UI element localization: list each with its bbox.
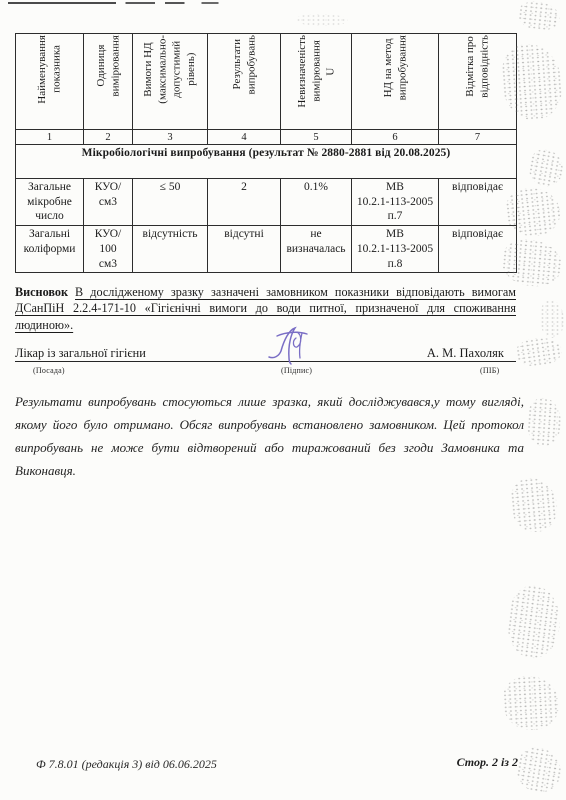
signature-line: Лікар із загальної гігієни А. М. Пахоляк	[15, 338, 516, 362]
table-section-title: Мікробіологічні випробування (результат …	[16, 145, 517, 179]
cell-indicator: Загальне мікробне число	[16, 179, 84, 226]
scanned-document-page: Найменування показника Одиниця вимірюван…	[0, 0, 566, 800]
section-title-row: Мікробіологічні випробування (результат …	[16, 145, 517, 179]
name-caption: (ПІБ)	[480, 366, 499, 375]
col-header-uncertainty: Невизначеність вимірювання U	[295, 35, 338, 108]
table-header-row: Найменування показника Одиниця вимірюван…	[16, 34, 517, 130]
cell-conformity: відповідає	[439, 179, 517, 226]
cell-method: МВ 10.2.1-113-2005 п.7	[352, 179, 439, 226]
col-header-conformity: Відмітка про відповідність	[463, 35, 492, 98]
results-table: Найменування показника Одиниця вимірюван…	[15, 33, 517, 273]
column-number-row: 1 2 3 4 5 6 7	[16, 130, 517, 145]
col-num: 6	[352, 130, 439, 145]
cell-result: відсутні	[208, 226, 281, 273]
col-header-unit: Одиниця вимірювання	[94, 35, 123, 97]
signatory-position: Лікар із загальної гігієни	[15, 346, 146, 361]
scan-noise	[517, 0, 562, 32]
col-num: 1	[16, 130, 84, 145]
scan-noise	[514, 745, 564, 795]
cell-unit: КУО/ 100 см3	[84, 226, 133, 273]
scan-noise	[526, 147, 566, 188]
cell-method: МВ 10.2.1-113-2005 п.8	[352, 226, 439, 273]
disclaimer-paragraph: Результати випробувань стосуються лише з…	[15, 390, 524, 483]
col-num: 4	[208, 130, 281, 145]
cell-conformity: відповідає	[439, 226, 517, 273]
scan-noise	[296, 14, 348, 26]
col-num: 2	[84, 130, 133, 145]
cell-unit: КУО/ см3	[84, 179, 133, 226]
table-row: Загальне мікробне число КУО/ см3 ≤ 50 2 …	[16, 179, 517, 226]
footer-form-number: Ф 7.8.01 (редакція 3) від 06.06.2025	[36, 757, 217, 772]
cell-uncertainty: 0.1%	[281, 179, 352, 226]
scan-noise	[502, 675, 561, 732]
cell-uncertainty: не визначалась	[281, 226, 352, 273]
col-num: 3	[133, 130, 208, 145]
cell-indicator: Загальні коліформи	[16, 226, 84, 273]
scan-noise	[509, 476, 560, 534]
col-num: 5	[281, 130, 352, 145]
scan-noise	[540, 300, 564, 338]
scan-noise	[525, 397, 562, 447]
scan-noise	[514, 335, 563, 369]
cell-requirement: відсутність	[133, 226, 208, 273]
footer-page-number: Стор. 2 із 2	[457, 755, 518, 770]
col-header-indicator: Найменування показника	[35, 35, 64, 104]
signatory-name: А. М. Пахоляк	[427, 346, 516, 361]
scan-edge-artifact	[8, 2, 253, 4]
cell-requirement: ≤ 50	[133, 179, 208, 226]
col-header-method: НД на метод випробування	[381, 35, 410, 100]
col-header-requirement: Вимоги НД (максимально- допустимий рівен…	[141, 35, 198, 104]
position-caption: (Посада)	[33, 366, 65, 375]
table-row: Загальні коліформи КУО/ 100 см3 відсутні…	[16, 226, 517, 273]
handwritten-signature	[262, 325, 314, 367]
col-num: 7	[439, 130, 517, 145]
sign-caption: (Підпис)	[281, 366, 312, 375]
conclusion-label: Висновок	[15, 285, 68, 299]
cell-result: 2	[208, 179, 281, 226]
scan-noise	[504, 583, 564, 661]
col-header-result: Результати випробувань	[230, 35, 259, 94]
